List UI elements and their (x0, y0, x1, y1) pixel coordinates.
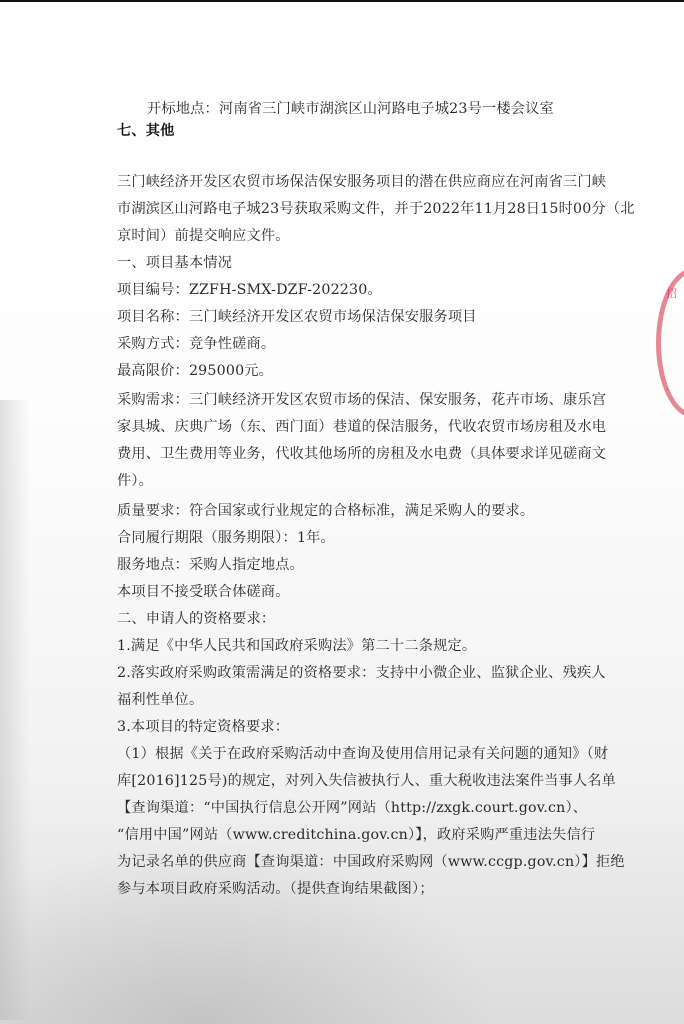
paragraph-line: 服务地点：采购人指定地点。 (117, 556, 304, 574)
paragraph-line: 参与本项目政府采购活动。（提供查询结果截图）； (117, 880, 434, 898)
paragraph-line: 为记录名单的供应商【查询渠道：中国政府采购网（www.ccgp.gov.cn）】… (117, 853, 625, 871)
paragraph-line: 项目名称：三门峡经济开发区农贸市场保洁保安服务项目 (117, 308, 477, 326)
paragraph-line: 最高限价：295000元。 (117, 362, 273, 380)
seal-char: · (666, 383, 670, 396)
paragraph-line: 市湖滨区山河路电子城23号获取采购文件，并于2022年11月28日15时00分（… (117, 200, 635, 218)
paragraph-line: 采购需求：三门峡经济开发区农贸市场的保洁、保安服务，花卉市场、康乐宫 (117, 391, 606, 409)
paragraph-line: “信用中国”网站（www.creditchina.gov.cn）】，政府采购严重… (117, 826, 595, 844)
paragraph-line: 【查询渠道：“中国执行信息公开网”网站（http://zxgk.court.go… (117, 799, 587, 817)
paragraph-line: 开标地点：河南省三门峡市湖滨区山河路电子城23号一楼会议室 (147, 100, 554, 118)
paragraph-line: 1.满足《中华人民共和国政府采购法》第二十二条规定。 (117, 637, 476, 655)
paragraph-line: 采购方式：竞争性磋商。 (117, 335, 275, 353)
paragraph-line: 家具城、庆典广场（东、西门面）巷道的保洁服务，代收农贸市场房租及水电 (117, 418, 606, 436)
paragraph-line: 一、项目基本情况 (117, 254, 232, 272)
paragraph-line: 件）。 (117, 472, 153, 490)
seal-char: 招 (666, 285, 677, 301)
paragraph-line: 三门峡经济开发区农贸市场保洁保安服务项目的潜在供应商应在河南省三门峡 (117, 173, 606, 191)
paragraph-line: 京时间）前提交响应文件。 (117, 227, 290, 245)
paragraph-line: 合同履行期限（服务期限）：1年。 (117, 529, 335, 547)
paragraph-line: 2.落实政府采购政策需满足的资格要求：支持中小微企业、监狱企业、残疾人 (117, 664, 606, 682)
paragraph-line: 项目编号：ZZFH-SMX-DZF-202230。 (117, 281, 382, 299)
paragraph-line: 库[2016]125号)的规定，对列入失信被执行人、重大税收违法案件当事人名单 (117, 772, 616, 790)
paragraph-line: 本项目不接受联合体磋商。 (117, 583, 290, 601)
paragraph-line: 3.本项目的特定资格要求： (117, 718, 289, 736)
paragraph-line: 质量要求：符合国家或行业规定的合格标准，满足采购人的要求。 (117, 502, 534, 520)
paragraph-line: 费用、卫生费用等业务，代收其他场所的房租及水电费（具体要求详见磋商文 (117, 445, 606, 463)
page-shadow (0, 400, 30, 1020)
paragraph-line: （1）根据《关于在政府采购活动中查询及使用信用记录有关问题的通知》（财 (117, 745, 608, 763)
section-heading: 七、其他 (117, 122, 175, 140)
paragraph-line: 二、申请人的资格要求： (117, 610, 275, 628)
paragraph-line: 福利性单位。 (117, 691, 203, 709)
